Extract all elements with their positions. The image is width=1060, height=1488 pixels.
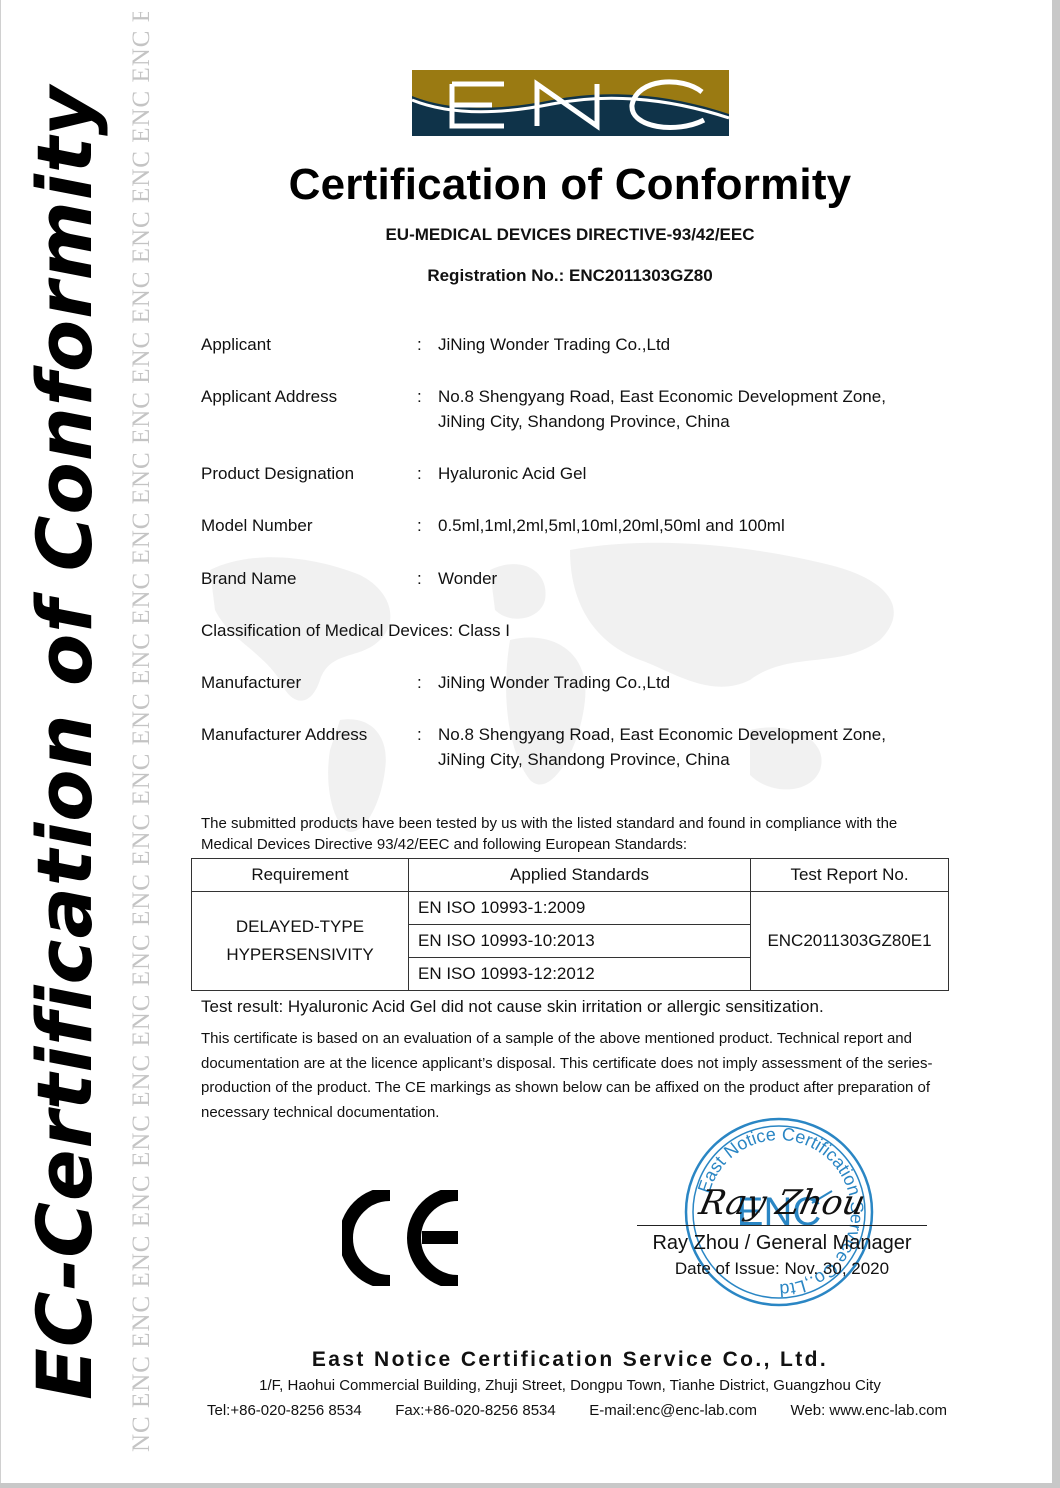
standard-cell: EN ISO 10993-12:2012 bbox=[409, 958, 751, 991]
footer-tel: Tel:+86-020-8256 8534 bbox=[207, 1402, 362, 1419]
field-value-line2: JiNing City, Shandong Province, China bbox=[438, 409, 730, 434]
page-border-left bbox=[0, 0, 1, 1488]
field-label: Classification of Medical Devices: Class… bbox=[201, 618, 510, 643]
world-map-watermark bbox=[190, 530, 930, 860]
header-requirement: Requirement bbox=[192, 859, 409, 892]
field-colon: : bbox=[417, 461, 422, 486]
field-label: Brand Name bbox=[201, 566, 296, 591]
field-value: JiNing Wonder Trading Co.,Ltd bbox=[438, 332, 670, 357]
standard-cell: EN ISO 10993-10:2013 bbox=[409, 925, 751, 958]
field-colon: : bbox=[417, 384, 422, 409]
compliance-statement: The submitted products have been tested … bbox=[201, 813, 951, 855]
field-label: Manufacturer bbox=[201, 670, 301, 695]
field-colon: : bbox=[417, 332, 422, 357]
footer-contact: Tel:+86-020-8256 8534 Fax:+86-020-8256 8… bbox=[207, 1402, 947, 1419]
standard-cell: EN ISO 10993-1:2009 bbox=[409, 892, 751, 925]
field-label: Applicant Address bbox=[201, 384, 337, 409]
directive-subtitle: EU-MEDICAL DEVICES DIRECTIVE-93/42/EEC bbox=[0, 225, 1060, 245]
standards-table: Requirement Applied Standards Test Repor… bbox=[191, 858, 949, 991]
field-label: Model Number bbox=[201, 513, 313, 538]
field-value: Hyaluronic Acid Gel bbox=[438, 461, 586, 486]
field-label: Product Designation bbox=[201, 461, 354, 486]
signer-name-title: Ray Zhou / General Manager bbox=[637, 1232, 927, 1255]
field-value: Wonder bbox=[438, 566, 497, 591]
footer-fax: Fax:+86-020-8256 8534 bbox=[395, 1402, 556, 1419]
requirement-line-2: HYPERSENSIVITY bbox=[192, 941, 408, 969]
header-applied-standards: Applied Standards bbox=[409, 859, 751, 892]
footer-web[interactable]: Web: www.enc-lab.com bbox=[791, 1402, 947, 1419]
handwritten-signature: Ray Zhou bbox=[696, 1183, 869, 1223]
report-number-cell: ENC2011303GZ80E1 bbox=[751, 892, 949, 991]
field-value: 0.5ml,1ml,2ml,5ml,10ml,20ml,50ml and 100… bbox=[438, 513, 785, 538]
field-label: Manufacturer Address bbox=[201, 722, 367, 747]
enc-logo bbox=[412, 70, 729, 136]
field-colon: : bbox=[417, 670, 422, 695]
page-border-bottom bbox=[0, 1483, 1060, 1488]
footer-company: East Notice Certification Service Co., L… bbox=[0, 1348, 1060, 1372]
certificate-title: Certification of Conformity bbox=[0, 160, 1060, 210]
table-header-row: Requirement Applied Standards Test Repor… bbox=[192, 859, 949, 892]
footer-address: 1/F, Haohui Commercial Building, Zhuji S… bbox=[0, 1377, 1060, 1394]
issue-date: Date of Issue: Nov. 30, 2020 bbox=[637, 1259, 927, 1279]
field-value: JiNing Wonder Trading Co.,Ltd bbox=[438, 670, 670, 695]
footer-email[interactable]: E-mail:enc@enc-lab.com bbox=[589, 1402, 757, 1419]
field-colon: : bbox=[417, 513, 422, 538]
ce-mark-icon bbox=[342, 1190, 466, 1286]
test-result: Test result: Hyaluronic Acid Gel did not… bbox=[201, 997, 824, 1017]
registration-number: Registration No.: ENC2011303GZ80 bbox=[0, 266, 1060, 286]
table-row: DELAYED-TYPE HYPERSENSIVITY EN ISO 10993… bbox=[192, 892, 949, 925]
header-test-report: Test Report No. bbox=[751, 859, 949, 892]
requirement-line-1: DELAYED-TYPE bbox=[192, 913, 408, 941]
signature-line bbox=[637, 1225, 927, 1226]
field-value: No.8 Shengyang Road, East Economic Devel… bbox=[438, 384, 886, 409]
field-colon: : bbox=[417, 566, 422, 591]
field-label: Applicant bbox=[201, 332, 271, 357]
requirement-cell: DELAYED-TYPE HYPERSENSIVITY bbox=[192, 892, 409, 991]
disclaimer-text: This certificate is based on an evaluati… bbox=[201, 1027, 951, 1125]
page-border-right bbox=[1052, 0, 1060, 1488]
field-value: No.8 Shengyang Road, East Economic Devel… bbox=[438, 722, 886, 747]
field-colon: : bbox=[417, 722, 422, 747]
field-value-line2: JiNing City, Shandong Province, China bbox=[438, 747, 730, 772]
